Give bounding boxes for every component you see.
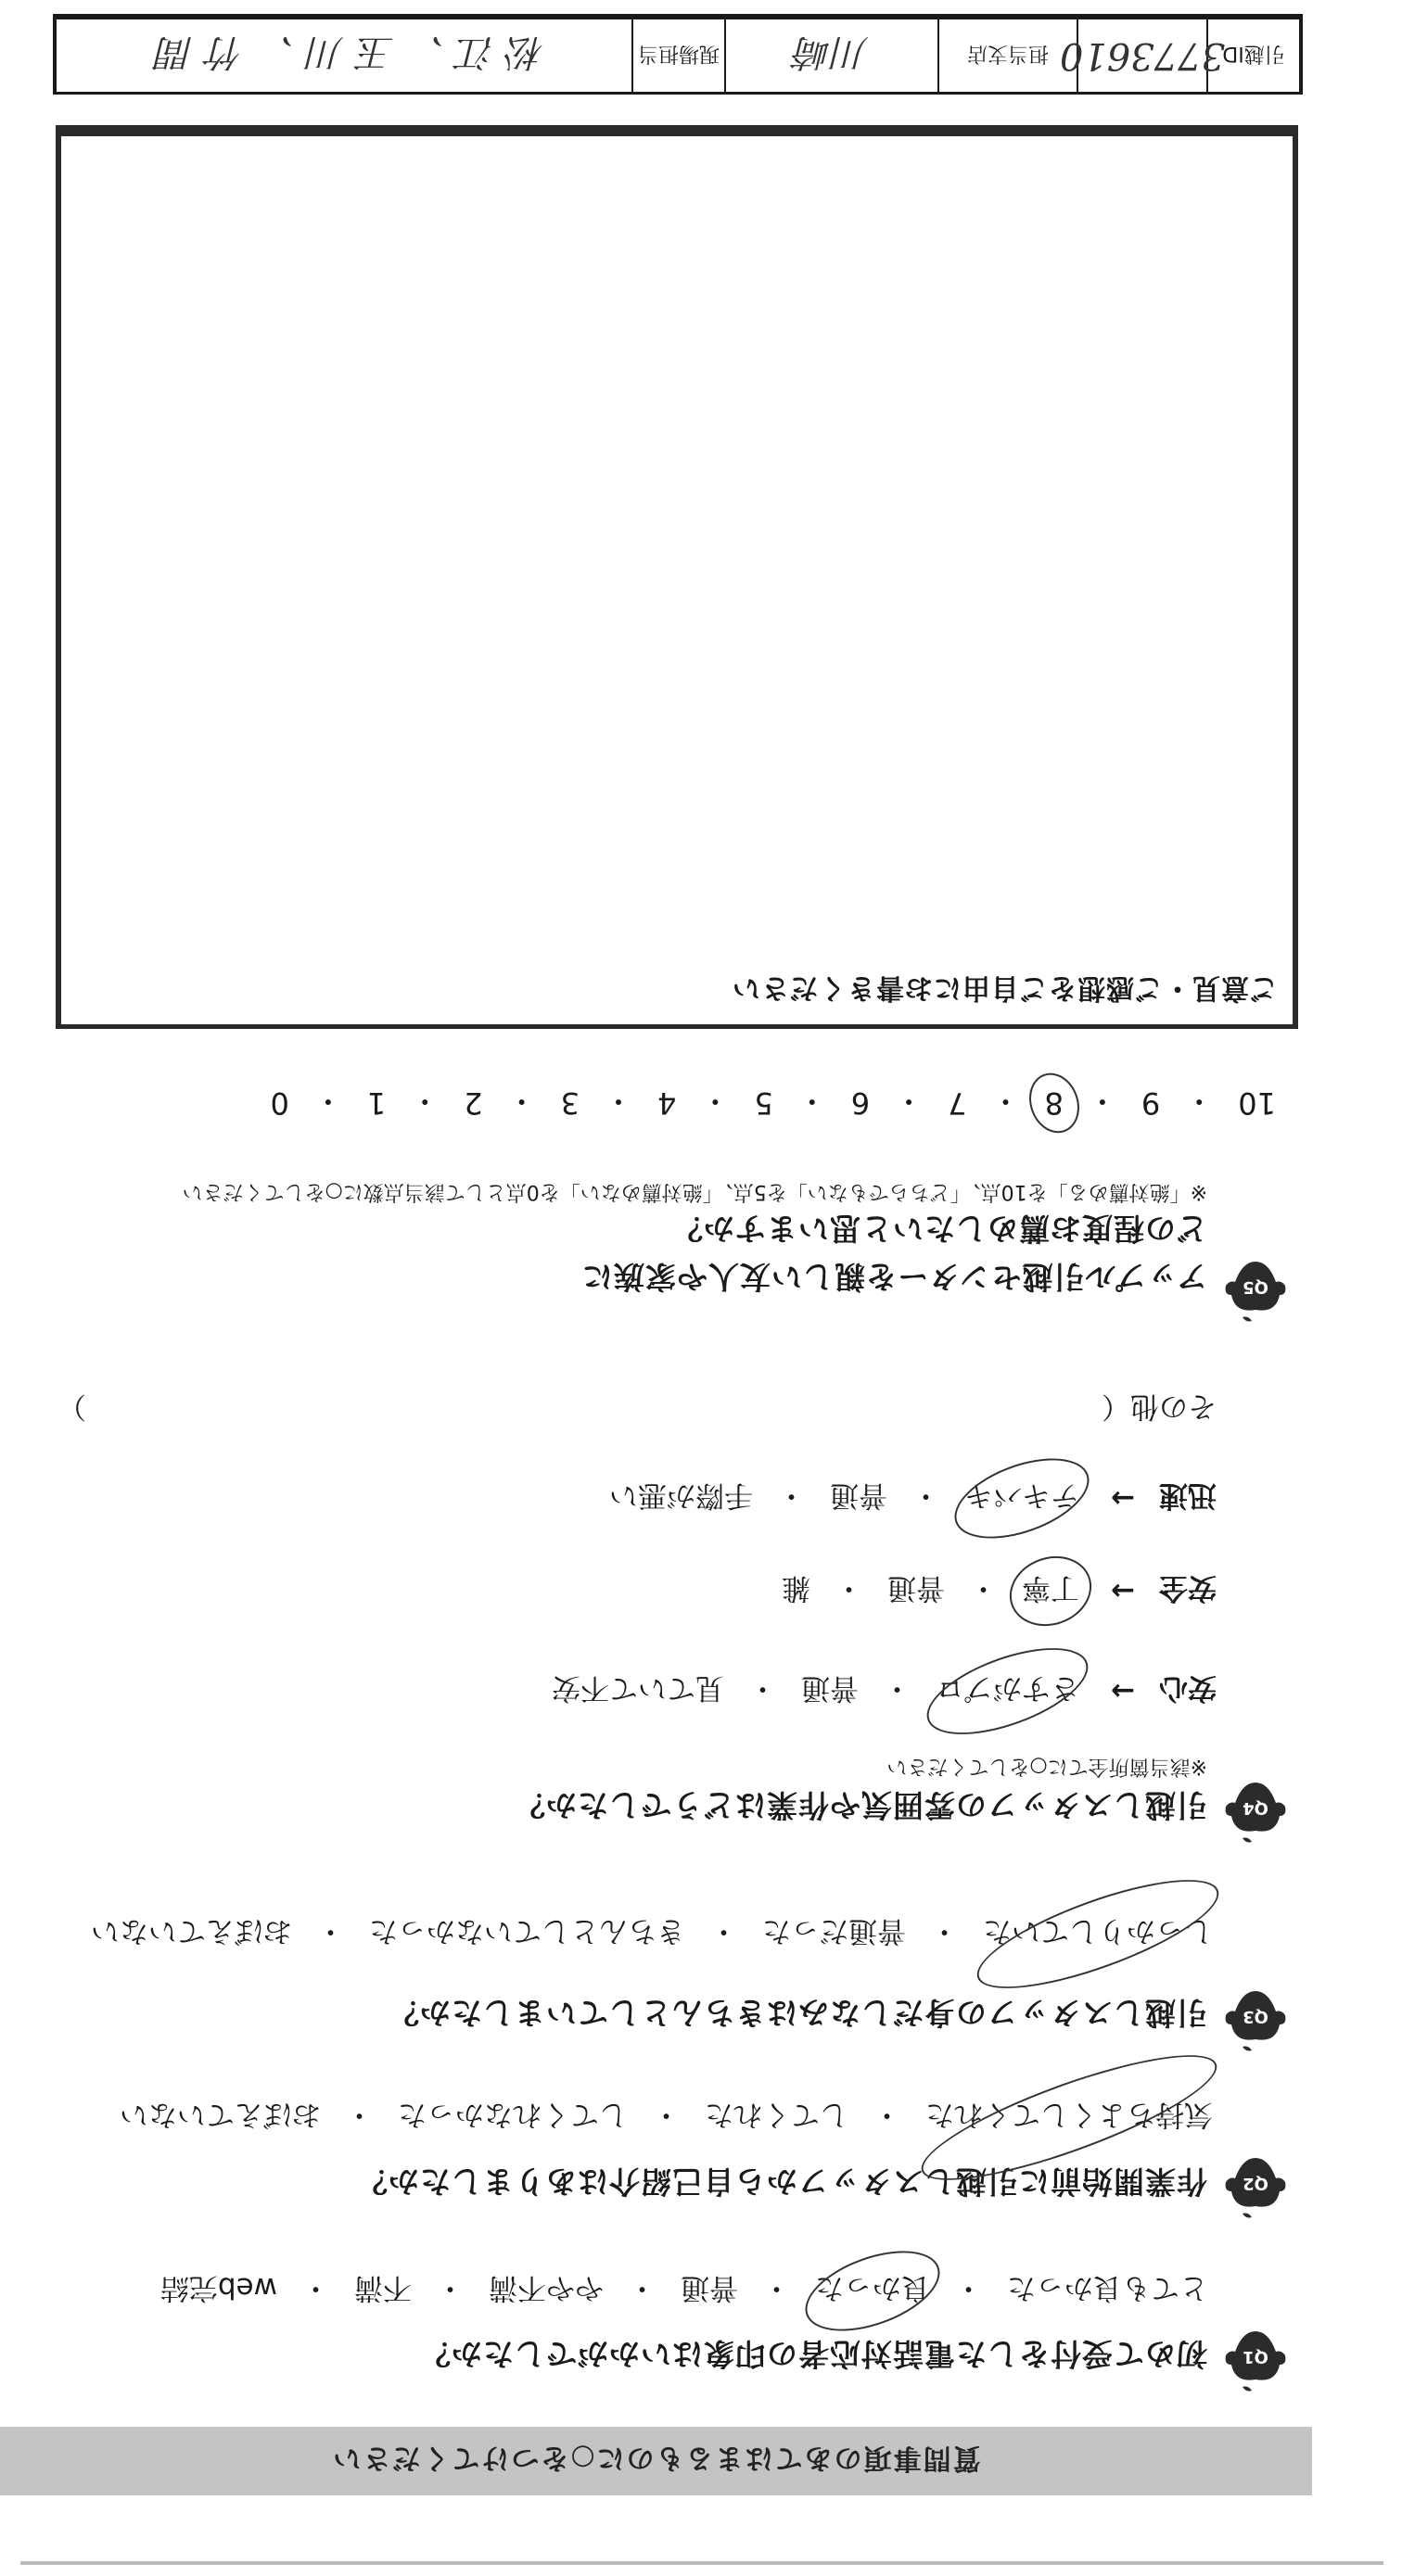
q4-other-close: ） (57, 1389, 86, 1430)
instruction-text: 質問事項のあてはまるものに○をつけてください (331, 2441, 980, 2481)
page-edge-line (20, 2561, 1383, 2565)
q5-note: ※「絶対薦める」を10点、「どちらでもない」を5点、「絶対薦めない」を0点として… (183, 1179, 1207, 1208)
apple-q-icon: Q3 (1222, 1987, 1289, 2052)
q1-option-somewhat-dissatisfied[interactable]: やや不満 (485, 2270, 607, 2312)
q3-option-dont-remember[interactable]: おぼえていない (87, 1913, 296, 1955)
score-8[interactable]: 8 (1039, 1085, 1069, 1121)
q1-options: とても良かった・ 良かった・ 普通・ やや不満・ 不満・ web完結 (157, 2270, 1212, 2312)
comments-box[interactable]: ご意見・ご感想をご自由にお書きください (56, 125, 1298, 1029)
branch-label: 担当支店 (967, 42, 1049, 70)
instruction-banner: 質問事項のあてはまるものに○をつけてください (0, 2427, 1312, 2495)
branch-value-cell: 川崎 (724, 19, 937, 92)
survey-form-sheet: 質問事項のあてはまるものに○をつけてください Q1 初めて受付をした電話対応者の… (0, 0, 1402, 2576)
q4-category-label: 安全 (1152, 1570, 1217, 1612)
move-id-value-cell: 3773610 (1077, 19, 1206, 92)
score-7[interactable]: 7 (942, 1085, 972, 1121)
q2-option-did-not[interactable]: してくれなかった (394, 2097, 631, 2138)
q3-option-neat[interactable]: しっかりしていた (979, 1913, 1217, 1955)
q5-score-scale: 10・ 9・ 8・ 7・ 6・ 5・ 4・ 3・ 2・ 1・ 0 (265, 1082, 1281, 1124)
q4-category-label: 迅速 (1152, 1478, 1217, 1519)
q4-row-peace-of-mind: 安心 → さすがプロ・ 普通・ 見ていて不安 (548, 1670, 1217, 1712)
svg-text:Q1: Q1 (1243, 2347, 1268, 2367)
arrow-right-icon: → (1083, 1482, 1152, 1516)
q4-category-label: 安心 (1152, 1670, 1217, 1712)
q1-option-very-good[interactable]: とても良かった (1003, 2270, 1212, 2312)
score-2[interactable]: 2 (458, 1085, 488, 1121)
q1-question: 初めて受付をした電話対応者の印象はいかがでしたか？ (419, 2334, 1207, 2378)
q3-option-normal[interactable]: 普通だった (758, 1913, 910, 1955)
q2-apple-icon: Q2 (1222, 2151, 1289, 2219)
q4-option-rough[interactable]: 雑 (778, 1570, 814, 1612)
apple-q-icon: Q1 (1222, 2328, 1289, 2392)
q3-apple-icon: Q3 (1222, 1984, 1289, 2052)
q4-row-safety: 安全 → 丁寧・ 普通・ 雑 (778, 1570, 1217, 1612)
q4-option-normal[interactable]: 普通 (884, 1570, 949, 1612)
site-staff-label: 現場担当 (638, 42, 720, 70)
q5-question-line1: アップル引越センターを親しい友人や家族に (581, 1257, 1207, 1301)
q2-option-did[interactable]: してくれた (701, 2097, 852, 2138)
q4-other-row: その他（ ） (57, 1389, 1217, 1430)
q5-question-line2: どの程度お薦めしたいと思いますか？ (671, 1209, 1207, 1252)
q5-apple-icon: Q5 (1222, 1254, 1289, 1323)
branch-value[interactable]: 川崎 (795, 30, 869, 82)
move-id-value[interactable]: 3773610 (1060, 34, 1225, 77)
site-staff-label-cell: 現場担当 (631, 19, 724, 92)
score-5[interactable]: 5 (748, 1085, 778, 1121)
score-0[interactable]: 0 (265, 1085, 295, 1121)
q4-other-label: その他（ (1102, 1389, 1217, 1430)
q4-option-clumsy[interactable]: 手際が悪い (605, 1478, 757, 1519)
q2-option-pleasant[interactable]: 気持ちよくしてくれた (922, 2097, 1217, 2138)
q4-option-normal[interactable]: 普通 (826, 1478, 891, 1519)
header-info-table: 引越ID 3773610 担当支店 川崎 現場担当 松江、玉川、竹間 (53, 14, 1303, 95)
comments-input[interactable] (80, 155, 1274, 959)
q3-options: しっかりしていた・ 普通だった・ きちんとしていなかった・ おぼえていない (87, 1913, 1217, 1955)
site-staff-value[interactable]: 松江、玉川、竹間 (144, 30, 544, 82)
apple-q-icon: Q4 (1222, 1779, 1289, 1844)
svg-text:Q2: Q2 (1243, 2174, 1268, 2193)
q1-option-normal[interactable]: 普通 (677, 2270, 742, 2312)
q4-option-professional[interactable]: さすがプロ (932, 1670, 1083, 1712)
score-10[interactable]: 10 (1232, 1085, 1281, 1121)
svg-text:Q5: Q5 (1243, 1277, 1268, 1297)
q2-options: 気持ちよくしてくれた・ してくれた・ してくれなかった・ おぼえていない (116, 2097, 1217, 2138)
q1-option-dissatisfied[interactable]: 不満 (350, 2270, 415, 2312)
score-1[interactable]: 1 (362, 1085, 391, 1121)
score-3[interactable]: 3 (555, 1085, 585, 1121)
arrow-right-icon: → (1083, 1575, 1152, 1608)
q4-row-speed: 迅速 → テキパキ・ 普通・ 手際が悪い (605, 1478, 1217, 1519)
svg-text:Q4: Q4 (1243, 1798, 1268, 1818)
q1-apple-icon: Q1 (1222, 2324, 1289, 2392)
q4-option-efficient[interactable]: テキパキ (961, 1478, 1083, 1519)
q4-option-normal[interactable]: 普通 (797, 1670, 862, 1712)
move-id-label: 引越ID (1222, 42, 1284, 70)
q3-question: 引越しスタッフの身だしなみはきちんとしていましたか？ (388, 1993, 1207, 2037)
q3-option-not-neat[interactable]: きちんとしていなかった (365, 1913, 689, 1955)
site-staff-value-cell: 松江、玉川、竹間 (57, 19, 631, 92)
score-6[interactable]: 6 (846, 1085, 875, 1121)
q1-option-good[interactable]: 良かった (811, 2270, 934, 2312)
arrow-right-icon: → (1083, 1675, 1152, 1708)
q4-question: 引越しスタッフの雰囲気や作業はどうでしたか？ (514, 1785, 1207, 1829)
apple-q-icon: Q2 (1222, 2154, 1289, 2219)
q1-option-web-complete[interactable]: web完結 (157, 2270, 281, 2312)
q4-option-uneasy[interactable]: 見ていて不安 (548, 1670, 728, 1712)
q2-question: 作業開始前に引越しスタッフから自己紹介はありましたか？ (356, 2162, 1207, 2205)
q2-option-dont-remember[interactable]: おぼえていない (116, 2097, 325, 2138)
comments-title: ご意見・ご感想をご自由にお書きください (732, 971, 1278, 1011)
branch-label-cell: 担当支店 (937, 19, 1077, 92)
score-9[interactable]: 9 (1136, 1085, 1166, 1121)
q4-apple-icon: Q4 (1222, 1775, 1289, 1844)
q4-option-careful[interactable]: 丁寧 (1018, 1570, 1083, 1612)
apple-q-icon: Q5 (1222, 1258, 1289, 1323)
score-4[interactable]: 4 (652, 1085, 682, 1121)
q4-note: ※該当箇所全てに○をしてください (886, 1754, 1207, 1783)
svg-text:Q3: Q3 (1243, 2007, 1268, 2026)
